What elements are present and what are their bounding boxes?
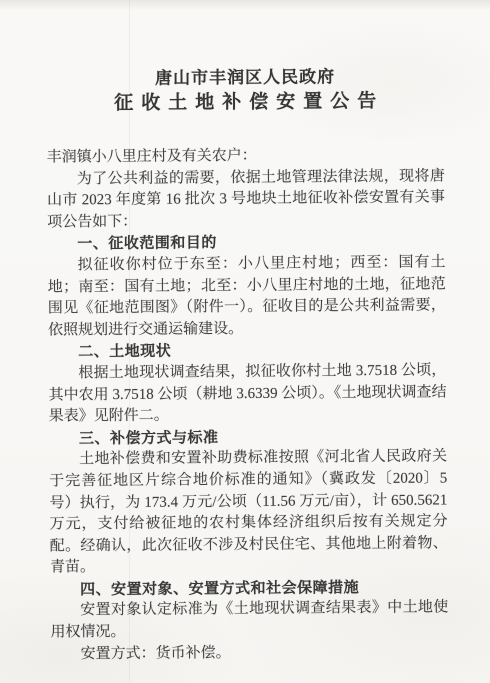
section-1-heading: 一、征收范围和目的 (47, 231, 445, 256)
intro-paragraph: 为了公共利益的需要，依据土地管理法律法规，现将唐山市 2023 年度第 16 批… (47, 166, 445, 234)
announcement-title: 征收土地补偿安置公告 (46, 88, 444, 116)
section-1-paragraph: 拟征收你村位于东至：小八里庄村地；西至：国有土地；南至：国有土地；北至：小八里庄… (47, 252, 446, 341)
section-3-paragraph: 土地补偿费和安置补助费标准按照《河北省人民政府关于完善征地区片综合地价标准的通知… (49, 447, 448, 580)
salutation: 丰润镇小八里庄村及有关农户： (47, 144, 445, 169)
section-3-heading: 三、补偿方式与标准 (49, 425, 447, 450)
announcement-document: 唐山市丰润区人民政府 征收土地补偿安置公告 丰润镇小八里庄村及有关农户： 为了公… (46, 66, 449, 665)
section-2-heading: 二、土地现状 (48, 339, 446, 364)
section-4-heading: 四、安置对象、安置方式和社会保障措施 (50, 576, 448, 601)
gov-org-title: 唐山市丰润区人民政府 (46, 66, 444, 89)
section-4-paragraph-1: 安置对象认定标准为《土地现状调查结果表》中土地使用权情况。 (50, 598, 448, 644)
section-4-paragraph-2: 安置方式：货币补偿。 (51, 641, 449, 666)
scanned-document-page: 唐山市丰润区人民政府 征收土地补偿安置公告 丰润镇小八里庄村及有关农户： 为了公… (0, 0, 490, 683)
document-body: 丰润镇小八里庄村及有关农户： 为了公共利益的需要，依据土地管理法律法规，现将唐山… (47, 144, 449, 665)
section-2-paragraph: 根据土地现状调查结果，拟征收你村土地 3.7518 公顷，其中农用 3.7518… (48, 360, 446, 428)
